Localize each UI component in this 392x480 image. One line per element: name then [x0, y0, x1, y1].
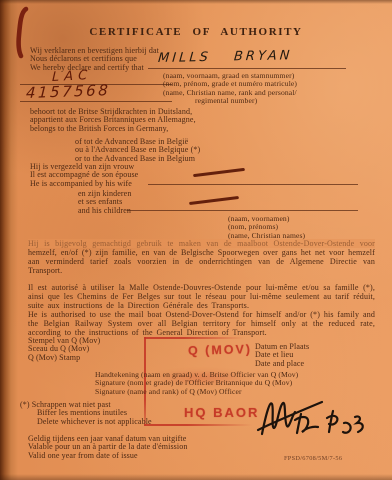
date-label-block-line: Date and place	[255, 360, 309, 368]
certificate-document: CERTIFICATE OF AUTHORITY Wij verklaren e…	[0, 0, 392, 480]
authorisation-paragraph-english: He is authorised to use the mail boat Os…	[28, 310, 375, 337]
wife-blank-line	[148, 184, 358, 185]
service-number-handwritten-value: 4157568	[26, 81, 111, 102]
delete-note-block-line: Delete whichever is not applicable	[37, 418, 152, 426]
declaration-intro-line: We hereby declare and certify that	[30, 64, 159, 72]
stamp-box-bottom-edge	[144, 424, 252, 426]
page-title: CERTIFICATE OF AUTHORITY	[0, 26, 392, 38]
belongs-block-line: belongs to the British Forces in Germany…	[30, 125, 196, 133]
children-dash-entry	[189, 196, 239, 205]
stamp-label-block-line: Q (Mov) Stamp	[28, 354, 100, 362]
children-blank-line	[127, 210, 358, 211]
declaration-intro: Wij verklaren en bevestigen hierbij datN…	[30, 47, 159, 72]
q-mov-stamp: Q (MOV)	[188, 342, 252, 358]
name-blank-line	[148, 68, 346, 69]
wife-block-line: He is accompanied by his wife	[30, 180, 138, 188]
advanced-base-block: of tot de Advanced Base in Belgiëou à l'…	[75, 138, 200, 163]
signature-label-block: Handtekening (naam en graad) v. d. Brits…	[95, 371, 298, 396]
validity-block: Geldig tijdens een jaar vanaf datum van …	[28, 435, 188, 460]
belongs-block: behoort tot de Britse Strijdkrachten in …	[30, 108, 196, 133]
date-label-block: Datum en PlaatsDate et lieuDate and plac…	[255, 343, 309, 368]
number-blank-line	[20, 101, 172, 102]
wife-dash-entry	[193, 168, 245, 177]
stamp-box-top-edge	[144, 337, 244, 339]
children-hint: (naam, voornamen)(nom, prénoms)(name, Ch…	[228, 215, 305, 240]
name-handwritten-value: MILLS BRYAN	[157, 48, 293, 66]
validity-block-line: Valid one year from date of issue	[28, 452, 188, 460]
name-hint-line: regimental number)	[195, 97, 297, 105]
name-hint: (naam, voornaam, graad en stamnummer)(no…	[163, 72, 297, 105]
delete-note-block: (*) Schrappen wat niet pastBiffer les me…	[20, 401, 152, 426]
authorisation-paragraph-french: Il est autorisé à utiliser la Malle Oste…	[28, 283, 375, 310]
officer-signature-handwriting	[256, 394, 368, 442]
children-block: en zijn kinderenet ses enfantsand his ch…	[78, 190, 131, 215]
authorisation-paragraph-dutch: Hij is bijgevolg gemachtigd gebruik te m…	[28, 239, 375, 275]
wife-block: Hij is vergezeld van zijn vrouwIl est ac…	[30, 163, 138, 188]
hq-baor-stamp: HQ BAOR	[184, 405, 259, 420]
children-block-line: and his children	[78, 207, 131, 215]
form-number: FPSD/6708/5M/7-56	[284, 455, 342, 462]
stamp-label-block: Stempel van Q (Mov)Sceau du Q (Mov)Q (Mo…	[28, 337, 100, 362]
